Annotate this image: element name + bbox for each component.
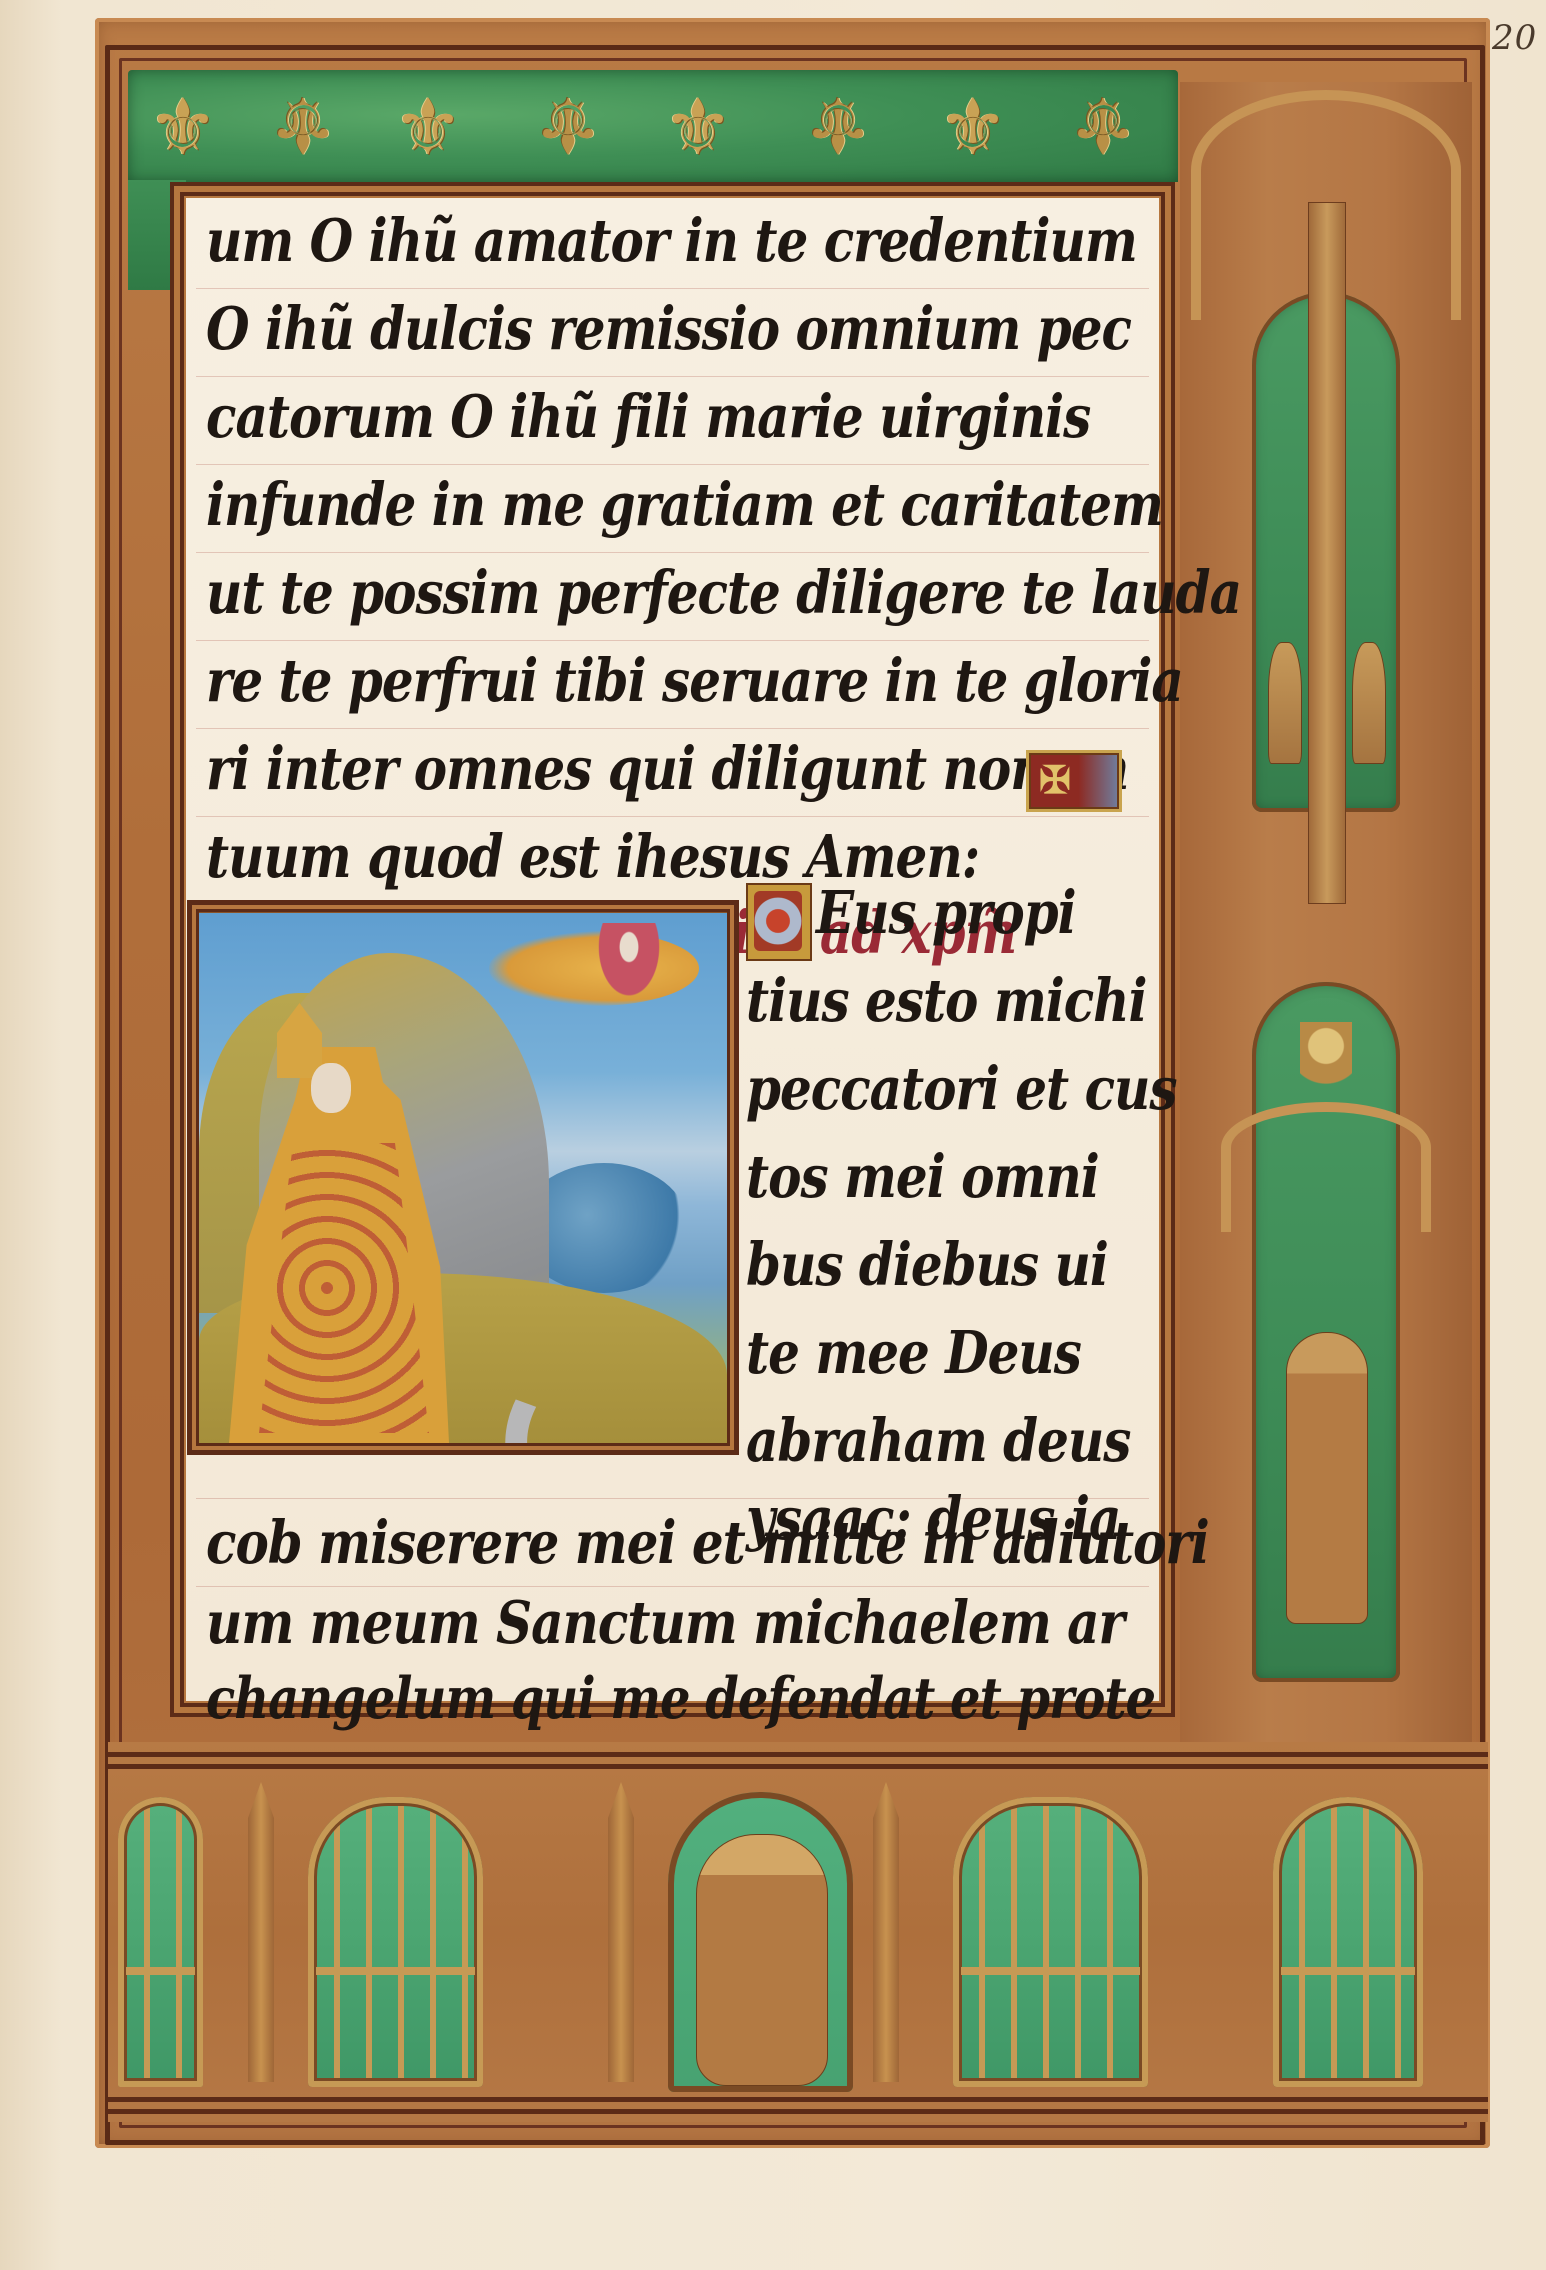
bottom-border-tracery-band (108, 1742, 1488, 2122)
text-line: peccatori et cus (746, 1053, 1177, 1123)
fleur-de-lis-icon: ⚜ (148, 78, 218, 178)
gothic-canopy-icon (1221, 1102, 1431, 1232)
text-line: um O ihũ amator in te credentium (206, 205, 1137, 275)
ruling-line (196, 728, 1149, 729)
band-rule (108, 1752, 1488, 1757)
line-filler-ornament-icon: ✠ (1026, 750, 1122, 812)
ruling-line (196, 816, 1149, 817)
fleur-de-lis-icon: ⚜ (663, 78, 733, 178)
fleur-de-lis-inverted-icon: ⚜ (533, 74, 603, 174)
tracery-window-icon (953, 1797, 1148, 2087)
folio-number: 20 (1492, 18, 1537, 58)
ruling-line (196, 288, 1149, 289)
god-the-father-figure (594, 923, 664, 1003)
fleur-de-lis-icon: ⚜ (938, 78, 1008, 178)
text-line: tius esto michi (746, 965, 1147, 1035)
band-rule (108, 2109, 1488, 2114)
text-line: O ihũ dulcis remissio omnium pec (206, 293, 1131, 363)
spire-icon (608, 1782, 634, 2082)
text-line: ut te possim perfecte diligere te lauda (206, 557, 1241, 627)
text-line: bus diebus ui (746, 1229, 1108, 1299)
fleur-de-lis-inverted-icon: ⚜ (268, 74, 338, 174)
top-border-fleur-de-lis-band: ⚜ ⚜ ⚜ ⚜ ⚜ ⚜ ⚜ ⚜ (128, 70, 1178, 182)
ruling-line (196, 376, 1149, 377)
ruling-line (196, 552, 1149, 553)
tracery-window-icon (1273, 1797, 1423, 2087)
illuminated-initial-d-icon (746, 883, 812, 961)
ruling-line (196, 464, 1149, 465)
text-line: Eus propi (816, 877, 1076, 947)
text-line: catorum O ihũ fili marie uirginis (206, 381, 1090, 451)
text-line: tos mei omni (746, 1141, 1099, 1211)
band-rule (108, 1764, 1488, 1769)
spire-icon (248, 1782, 274, 2082)
text-line: changelum qui me defendat et prote (206, 1666, 1155, 1732)
miniature-saint-augustine (199, 913, 727, 1443)
fleur-de-lis-inverted-icon: ⚜ (1068, 74, 1138, 174)
saint-with-chalice-figure (1286, 1332, 1368, 1624)
tracery-window-icon (308, 1797, 483, 2087)
finial-icon (1300, 1022, 1352, 1102)
pinnacle-pillar (1308, 202, 1346, 904)
band-rule (108, 2097, 1488, 2102)
tracery-window-icon (118, 1797, 203, 2087)
text-line: um meum Sanctum michaelem ar (206, 1587, 1124, 1657)
statuette-right-icon (1352, 642, 1386, 764)
bishop-face (311, 1063, 351, 1113)
seated-virgin-figure (696, 1834, 828, 2086)
text-line: ri inter omnes qui diligunt nomen (206, 733, 1128, 803)
right-border-architectural-column (1180, 82, 1472, 1742)
spire-icon (873, 1782, 899, 2082)
fleur-de-lis-inverted-icon: ⚜ (803, 74, 873, 174)
statuette-left-icon (1268, 642, 1302, 764)
fleur-de-lis-icon: ⚜ (393, 78, 463, 178)
ruling-line (196, 640, 1149, 641)
text-line: re te perfrui tibi seruare in te gloria (206, 645, 1183, 715)
text-line: cob miserere mei et mitte in adiutori (206, 1507, 1209, 1577)
text-line: abraham deus (746, 1405, 1130, 1475)
text-line: te mee Deus (746, 1317, 1081, 1387)
text-line: infunde in me gratiam et caritatem (206, 469, 1163, 539)
